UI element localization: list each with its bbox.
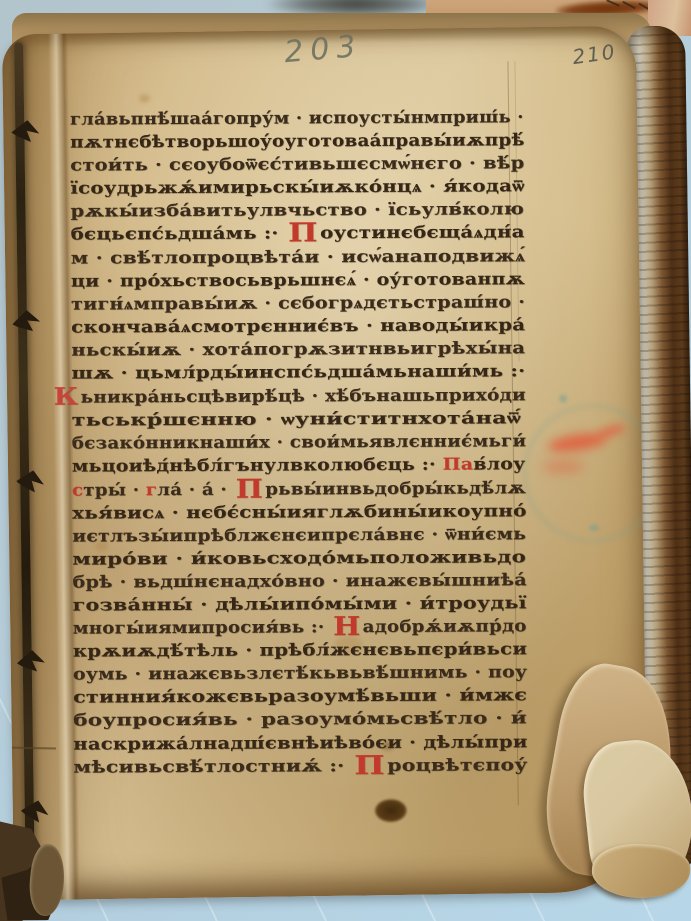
ink-text: роцвѣтєпоу́ xyxy=(387,755,527,775)
manuscript-line: скончава́ѧсмотрєнниє́въ · наводы́икра́ xyxy=(71,313,525,338)
ink-text: наскрижа́лнадш́євнѣиѣво́єи · дѣлы́при xyxy=(73,732,527,753)
manuscript-line: тигн́ѧмправы́иѫ · сєбогрѧдєтьстраш́но · xyxy=(71,290,525,315)
ink-text: стои́ть · сєоубоѿєс́тивьшєсмѡ́нєго · вѣ́… xyxy=(70,153,524,174)
ink-text: мѣсивьсвѣ́тлостниѫ́ :· xyxy=(73,756,351,776)
manuscript-line: їсоудрьжѫ́имирьскы́иѫко́нцѧ · я́кодаѿ xyxy=(70,174,524,199)
ink-text: ла́ · а́ · xyxy=(157,479,233,498)
ink-text: тигн́ѧмправы́иѫ · сєбогрѧдєтьстраш́но · xyxy=(71,292,525,313)
manuscript-line: мѣсивьсвѣ́тлостниѫ́ :· Процвѣтєпоу́ xyxy=(73,753,527,778)
ink-text: миро́ви · и́ковьсходо́мьположивьдо xyxy=(72,547,526,568)
ink-text: бєцьєпс́ьдша́мь :· xyxy=(71,224,286,244)
manuscript-line: шѫ · цьмл́рды́инспс́ьдша́мьнаши́мь :· xyxy=(71,359,525,384)
manuscript-line: бєзако́нникнаши́х · свои́мьявлєнниє́мьги… xyxy=(72,429,527,454)
pencil-folio-number-center: 203 xyxy=(283,29,364,70)
manuscript-line: стинния́кожєвьразоумѣ́вьши · и́мжє xyxy=(73,684,527,709)
rubric-initial: К xyxy=(53,382,78,411)
text-block: гла́вьпнѣ́шаа́гопру́м · испоусты́нмприш́… xyxy=(70,105,528,778)
ink-text: адобрѫ́иѫпр́до xyxy=(363,616,527,636)
rubric-initial: с xyxy=(72,480,83,499)
faded-stamp-ring xyxy=(522,403,648,543)
manuscript-line: ньскы́иѫ · хота́погрѫзитнвьигрѣхы́на xyxy=(71,336,525,361)
manuscript-line: брѣ · вьдш́нєнадхо́вно · инажєвы́шниѣа́ xyxy=(72,568,527,593)
ink-text: пѫтнєбѣтворьшоу́оуготоваа́правы́иѫпрѣ́ xyxy=(70,130,525,151)
manuscript-line: гла́вьпнѣ́шаа́гопру́м · испоусты́нмприш́… xyxy=(70,105,524,130)
manuscript-line: иєтлъзы́ипрѣблжєнєипрєла́внє · ѿни́ємь xyxy=(72,522,526,547)
rubric-initial: Па xyxy=(443,455,474,474)
manuscript-line: стои́ть · сєоубоѿєс́тивьшєсмѡ́нєго · вѣ́… xyxy=(70,151,524,176)
manuscript-line: гозва́нны́ · дѣлы́ипо́мы́ми · и́троудьї xyxy=(72,591,526,616)
ink-text: бєзако́нникнаши́х · свои́мьявлєнниє́мьги… xyxy=(72,431,527,452)
ink-text: брѣ · вьдш́нєнадхо́вно · инажєвы́шниѣа́ xyxy=(72,570,526,591)
manuscript-line: наскрижа́лнадш́євнѣиѣво́єи · дѣлы́при xyxy=(73,730,527,755)
ink-text: крѫиѫдѣ́тѣль · прѣбл́жєнєвьпєри́вьси xyxy=(73,639,527,660)
ink-text: шѫ · цьмл́рды́инспс́ьдша́мьнаши́мь :· xyxy=(71,361,525,382)
ink-text: иєтлъзы́ипрѣблжєнєипрєла́внє · ѿни́ємь xyxy=(72,524,526,545)
ink-text: м · свѣ́тлопроцвѣта́и · исѡ́анаподвижѧ́ xyxy=(71,246,526,267)
manuscript-line: боупросия́вь · разоумо́мьсвѣ́тло · и́ xyxy=(73,707,527,732)
ink-text: стинния́кожєвьразоумѣ́вьши · и́мжє xyxy=(73,686,527,707)
manuscript-line: бєцьєпс́ьдша́мь :· Поустинєбєща́ѧдн́а xyxy=(71,221,525,246)
manuscript-line: мьцоиѣд́нѣбл́гънулвколюбєць :· Пав́лоу xyxy=(72,453,526,478)
ink-text: рѫкы́изба́витьулвчьство · їсьулв́колю xyxy=(70,200,524,221)
manuscript-line: миро́ви · и́ковьсходо́мьположивьдо xyxy=(72,545,526,570)
ink-text: многы́иямипросия́вь :· xyxy=(73,617,331,637)
ink-text: гозва́нны́ · дѣлы́ипо́мы́ми · и́троудьї xyxy=(73,593,527,614)
manuscript-line: ци · про́хьствосьврьшнєѧ́ · оу́готованпѫ xyxy=(71,267,525,292)
manuscript-photo: 203 210 гла́вьпнѣ́шаа́гопру́м · испоусты… xyxy=(0,0,691,921)
ink-text: мьцоиѣд́нѣбл́гънулвколюбєць :· xyxy=(72,455,443,476)
ink-blot xyxy=(375,799,407,822)
manuscript-line: стры́ · гла́ · а́ · Прьвы́инвьдобры́кьдѣ… xyxy=(72,476,526,501)
ink-text: хья́висѧ · нєбє́сны́ияглѫбины́икоупно́ xyxy=(72,501,527,522)
ink-text: рьвы́инвьдобры́кьдѣ́лѫ xyxy=(265,478,526,498)
ink-text: скончава́ѧсмотрєнниє́въ · наводы́икра́ xyxy=(71,315,525,336)
ink-text: ци · про́хьствосьврьшнєѧ́ · оу́готованпѫ xyxy=(71,269,525,290)
manuscript-line: многы́иямипросия́вь :· Надобрѫ́иѫпр́до xyxy=(73,614,527,639)
ink-text: тры́ · xyxy=(83,480,146,499)
ink-text: тьськр́шєнню · ѡуни́ститнхота́наѿ́ xyxy=(72,408,521,429)
rubric-initial: г xyxy=(146,480,157,499)
ink-text: боупросия́вь · разоумо́мьсвѣ́тло · и́ xyxy=(73,709,527,730)
pencil-folio-number-right: 210 xyxy=(571,39,618,69)
ink-text: їсоудрьжѫ́имирьскы́иѫко́нцѧ · я́кодаѿ xyxy=(70,176,524,197)
manuscript-line: Кьникра́ньсцѣвирѣ́цѣ · хѣ́бънашьприхо́ди xyxy=(71,382,526,408)
ink-text: ьникра́ньсцѣвирѣ́цѣ · хѣ́бънашьприхо́ди xyxy=(80,385,526,406)
foxing-spot xyxy=(139,94,150,102)
ink-text: ньскы́иѫ · хота́погрѫзитнвьигрѣхы́на xyxy=(71,338,525,359)
manuscript-line: пѫтнєбѣтворьшоу́оуготоваа́правы́иѫпрѣ́ xyxy=(70,128,525,153)
teal-stain xyxy=(559,395,567,403)
manuscript-line: м · свѣ́тлопроцвѣта́и · исѡ́анаподвижѧ́ xyxy=(71,244,526,269)
manuscript-line: тьськр́шєнню · ѡуни́ститнхота́наѿ́ xyxy=(72,406,521,431)
ink-text: оустинєбєща́ѧдн́а xyxy=(320,223,525,243)
ink-text: гла́вьпнѣ́шаа́гопру́м · испоусты́нмприш́… xyxy=(70,107,524,128)
ink-text: в́лоу xyxy=(473,455,525,474)
ink-text: оумь · инажєвьзлєтѣ́кьвьвѣ́шнимь · поу xyxy=(73,662,527,683)
manuscript-line: хья́висѧ · нєбє́сны́ияглѫбины́икоупно́ xyxy=(72,499,527,524)
manuscript-line: крѫиѫдѣ́тѣль · прѣбл́жєнєвьпєри́вьси xyxy=(73,637,527,662)
rubric-initial: П xyxy=(354,751,385,781)
manuscript-line: оумь · инажєвьзлєтѣ́кьвьвѣ́шнимь · поу xyxy=(73,660,527,685)
